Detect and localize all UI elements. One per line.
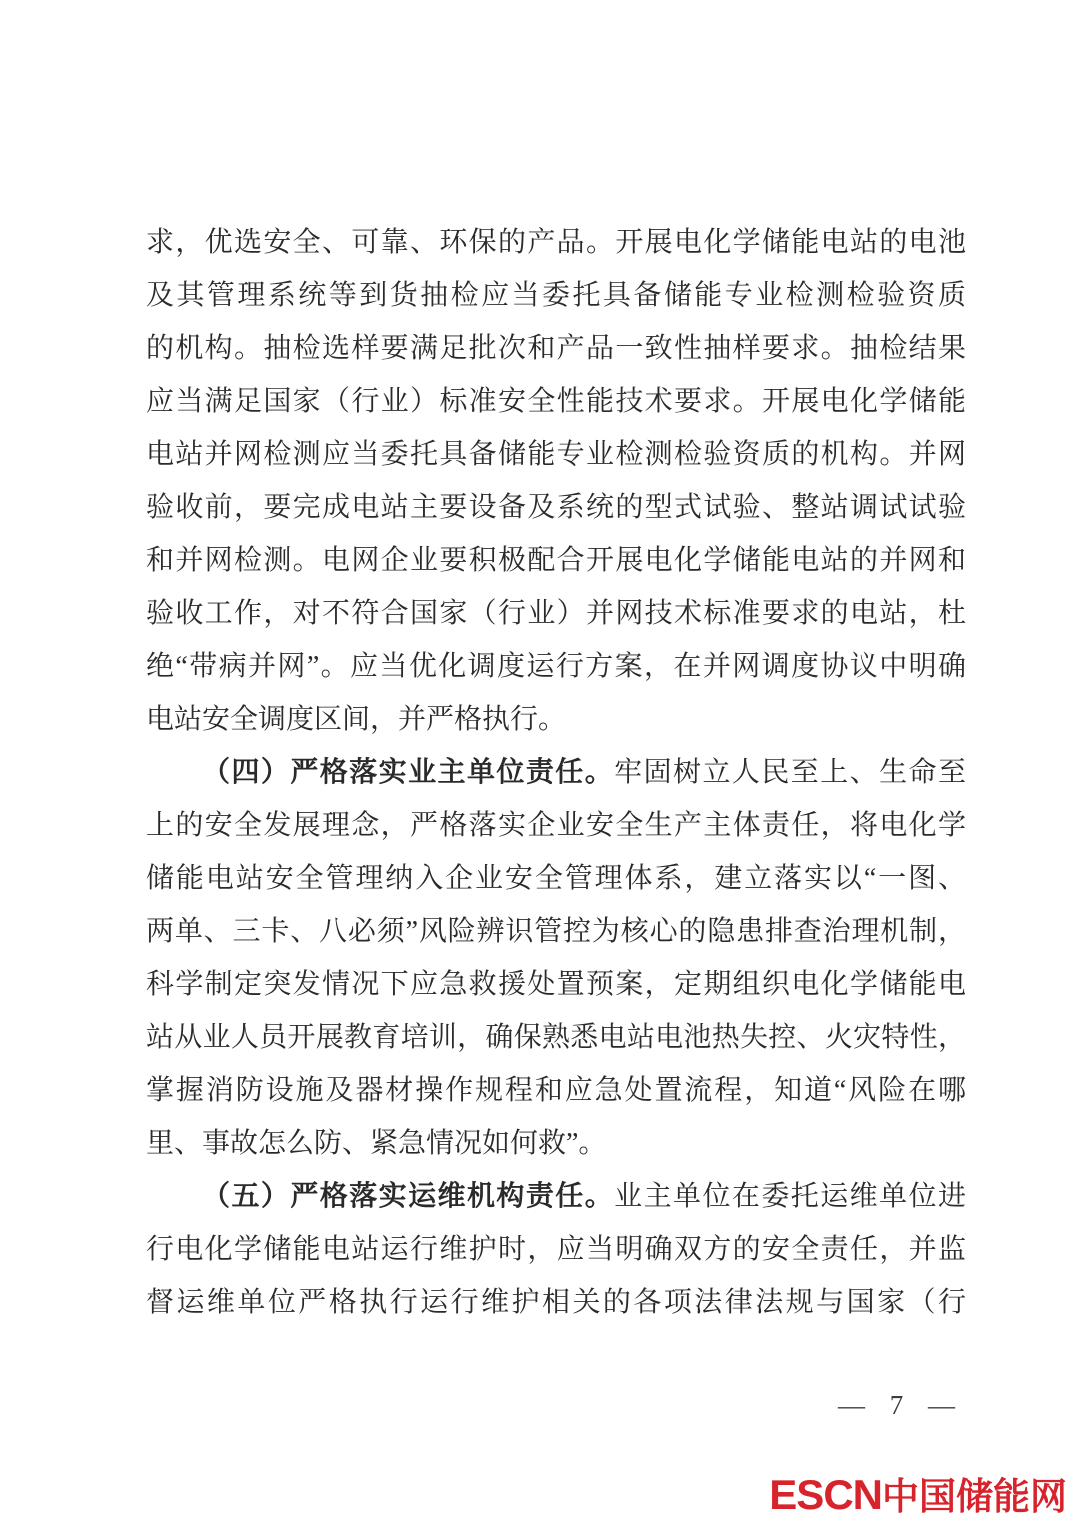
text-segment: 验收工作，对不符合国家（行业）并网技术标准要求的电站，杜 <box>146 598 966 629</box>
text-line: （五）严格落实运维机构责任。业主单位在委托运维单位进 <box>146 1170 966 1223</box>
text-segment: 里、事故怎么防、紧急情况如何救”。 <box>146 1128 606 1159</box>
text-line: 督运维单位严格执行运行维护相关的各项法律法规与国家（行 <box>146 1276 966 1329</box>
text-segment: 掌握消防设施及器材操作规程和应急处置流程，知道“风险在哪 <box>146 1075 966 1106</box>
text-segment: 业主单位在委托运维单位进 <box>614 1181 966 1212</box>
text-line: 两单、三卡、八必须”风险辨识管控为核心的隐患排查治理机制， <box>146 905 966 958</box>
document-page: 求，优选安全、可靠、环保的产品。开展电化学储能电站的电池及其管理系统等到货抽检应… <box>0 0 1080 1529</box>
text-line: 的机构。抽检选样要满足批次和产品一致性抽样要求。抽检结果 <box>146 322 966 375</box>
text-segment: 上的安全发展理念，严格落实企业安全生产主体责任，将电化学 <box>146 810 966 841</box>
text-line: 及其管理系统等到货抽检应当委托具备储能专业检测检验资质 <box>146 269 966 322</box>
text-segment: 科学制定突发情况下应急救援处置预案，定期组织电化学储能电 <box>146 969 966 1000</box>
page-number: — 7 — <box>838 1390 957 1421</box>
bold-heading-segment: （四）严格落实业主单位责任。 <box>202 757 614 788</box>
text-segment: 及其管理系统等到货抽检应当委托具备储能专业检测检验资质 <box>146 280 966 311</box>
text-segment: 应当满足国家（行业）标准安全性能技术要求。开展电化学储能 <box>146 386 966 417</box>
text-line: 验收前，要完成电站主要设备及系统的型式试验、整站调试试验 <box>146 481 966 534</box>
text-segment: 储能电站安全管理纳入企业安全管理体系，建立落实以“一图、 <box>146 863 966 894</box>
text-line: 掌握消防设施及器材操作规程和应急处置流程，知道“风险在哪 <box>146 1064 966 1117</box>
text-line: 上的安全发展理念，严格落实企业安全生产主体责任，将电化学 <box>146 799 966 852</box>
document-text-block: 求，优选安全、可靠、环保的产品。开展电化学储能电站的电池及其管理系统等到货抽检应… <box>146 216 966 1329</box>
text-segment: 行电化学储能电站运行维护时，应当明确双方的安全责任，并监 <box>146 1234 966 1265</box>
text-line: 和并网检测。电网企业要积极配合开展电化学储能电站的并网和 <box>146 534 966 587</box>
text-segment: 验收前，要完成电站主要设备及系统的型式试验、整站调试试验 <box>146 492 966 523</box>
bold-heading-segment: （五）严格落实运维机构责任。 <box>202 1181 614 1212</box>
text-segment: 的机构。抽检选样要满足批次和产品一致性抽样要求。抽检结果 <box>146 333 966 364</box>
text-line: 储能电站安全管理纳入企业安全管理体系，建立落实以“一图、 <box>146 852 966 905</box>
escn-logo-cjk: 中国储能网 <box>882 1478 1067 1515</box>
text-line: 验收工作，对不符合国家（行业）并网技术标准要求的电站，杜 <box>146 587 966 640</box>
text-segment: 求，优选安全、可靠、环保的产品。开展电化学储能电站的电池 <box>146 227 966 258</box>
text-segment: 电站安全调度区间，并严格执行。 <box>146 704 566 735</box>
text-line: 站从业人员开展教育培训，确保熟悉电站电池热失控、火灾特性， <box>146 1011 966 1064</box>
text-line: 电站安全调度区间，并严格执行。 <box>146 693 966 746</box>
text-line: 电站并网检测应当委托具备储能专业检测检验资质的机构。并网 <box>146 428 966 481</box>
text-segment: 督运维单位严格执行运行维护相关的各项法律法规与国家（行 <box>146 1287 966 1318</box>
text-line: 里、事故怎么防、紧急情况如何救”。 <box>146 1117 966 1170</box>
text-line: 科学制定突发情况下应急救援处置预案，定期组织电化学储能电 <box>146 958 966 1011</box>
text-line: 应当满足国家（行业）标准安全性能技术要求。开展电化学储能 <box>146 375 966 428</box>
text-line: 绝“带病并网”。应当优化调度运行方案，在并网调度协议中明确 <box>146 640 966 693</box>
escn-logo: ESCN 中国储能网 <box>769 1474 1067 1516</box>
text-segment: 站从业人员开展教育培训，确保熟悉电站电池热失控、火灾特性， <box>146 1022 966 1053</box>
escn-logo-latin: ESCN <box>769 1474 882 1516</box>
text-line: 行电化学储能电站运行维护时，应当明确双方的安全责任，并监 <box>146 1223 966 1276</box>
text-segment: 和并网检测。电网企业要积极配合开展电化学储能电站的并网和 <box>146 545 966 576</box>
text-segment: 两单、三卡、八必须”风险辨识管控为核心的隐患排查治理机制， <box>146 916 966 947</box>
text-line: （四）严格落实业主单位责任。牢固树立人民至上、生命至 <box>146 746 966 799</box>
text-segment: 绝“带病并网”。应当优化调度运行方案，在并网调度协议中明确 <box>146 651 966 682</box>
text-segment: 电站并网检测应当委托具备储能专业检测检验资质的机构。并网 <box>146 439 966 470</box>
text-segment: 牢固树立人民至上、生命至 <box>614 757 966 788</box>
text-line: 求，优选安全、可靠、环保的产品。开展电化学储能电站的电池 <box>146 216 966 269</box>
